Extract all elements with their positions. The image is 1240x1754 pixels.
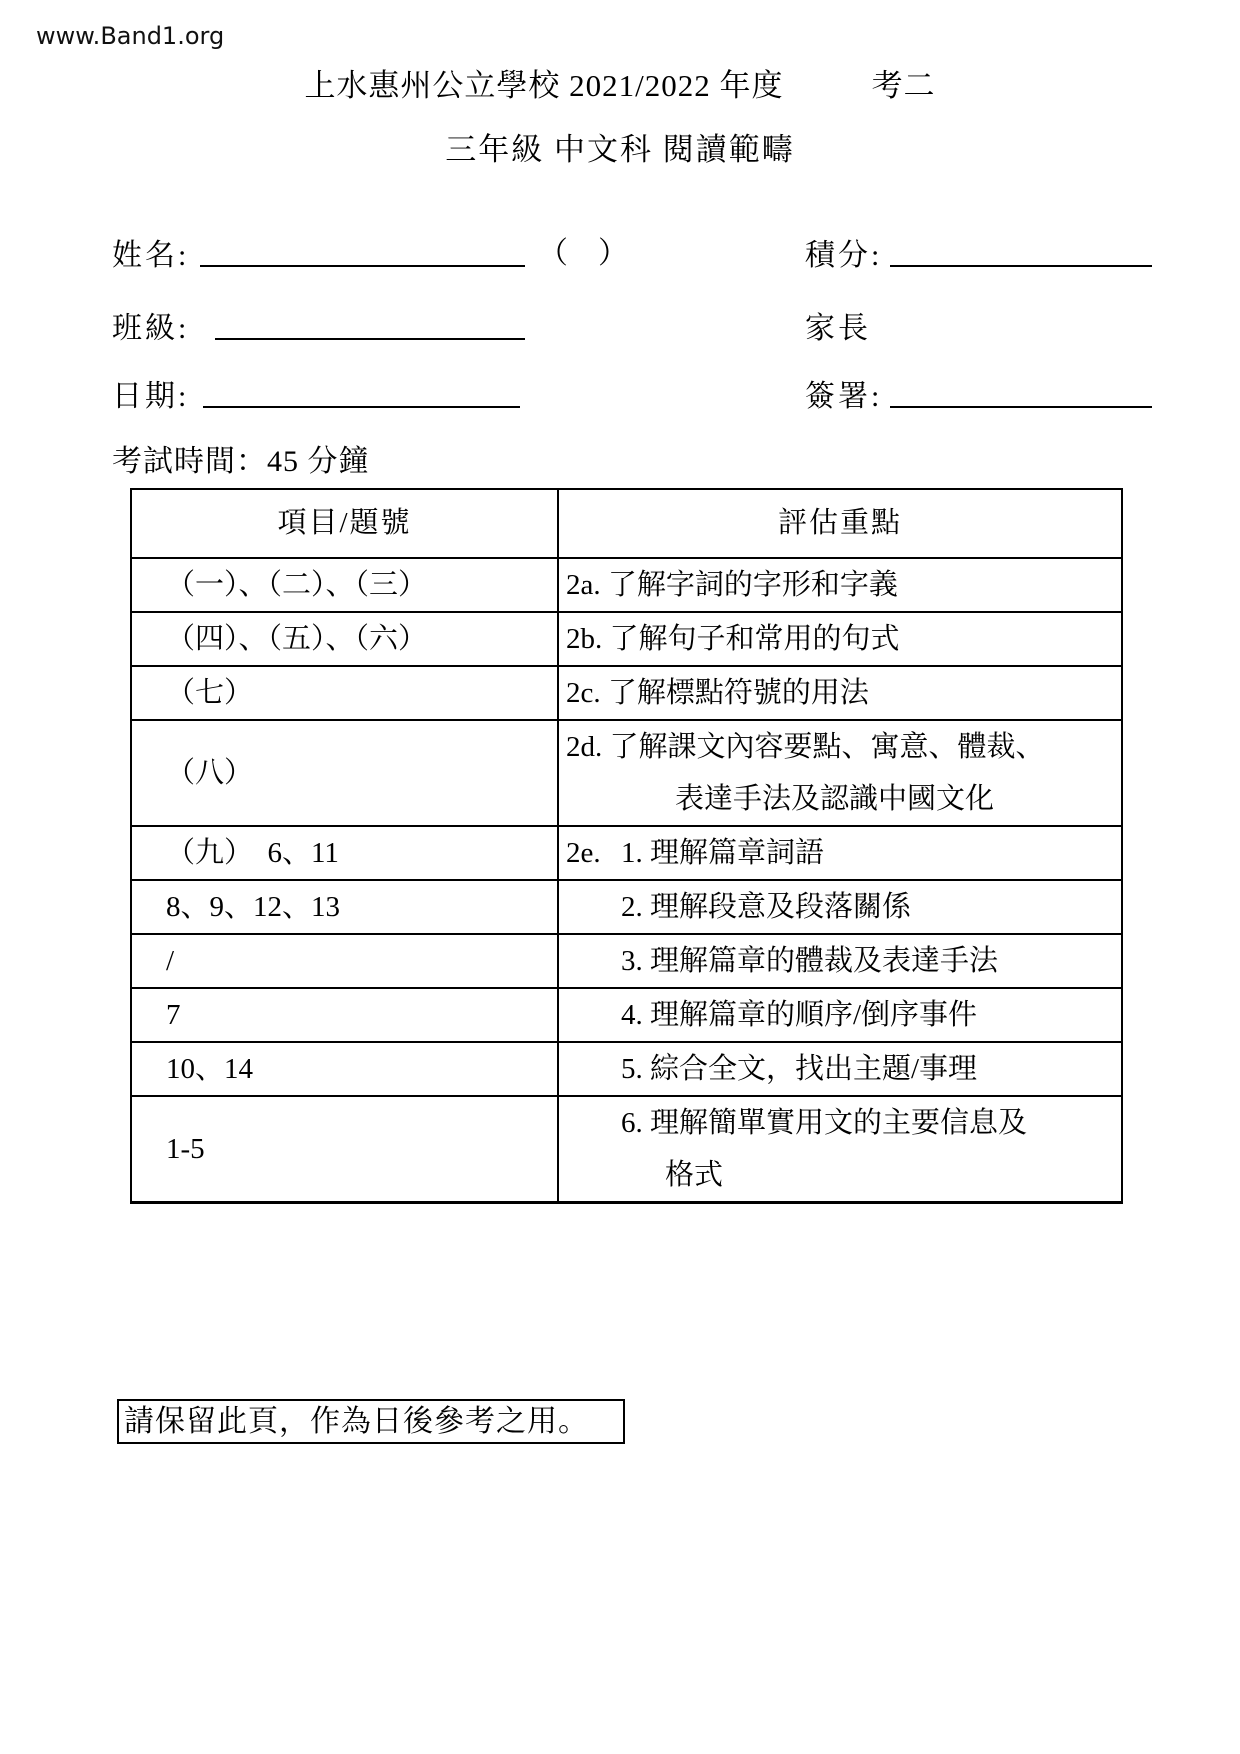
school-year-title: 上水惠州公立學校 2021/2022 年度	[304, 60, 783, 105]
focus-line-1: 4. 理解篇章的順序/倒序事件	[566, 989, 1121, 1041]
date-blank-line	[203, 406, 520, 408]
watermark: www.Band1.org	[36, 22, 224, 50]
item-cell: （一）、（二）、（三）	[132, 559, 559, 611]
table-row: （一）、（二）、（三） 2a. 了解字詞的字形和字義	[132, 557, 1121, 611]
item-cell: 10、14	[132, 1043, 559, 1095]
focus-line-1: 1. 理解篇章詞語	[566, 827, 1121, 879]
focus-cell: 6. 理解簡單實用文的主要信息及 格式	[559, 1097, 1121, 1201]
score-label: 積分:	[805, 230, 882, 274]
focus-cell: 5. 綜合全文，找出主題/事理	[559, 1043, 1121, 1095]
item-cell: 8、9、12、13	[132, 881, 559, 933]
table-row: （四）、（五）、（六） 2b. 了解句子和常用的句式	[132, 611, 1121, 665]
item-cell: （四）、（五）、（六）	[132, 613, 559, 665]
focus-line-1: 2. 理解段意及段落關係	[566, 881, 1121, 933]
parent-label: 家長	[805, 303, 871, 347]
date-label: 日期:	[112, 371, 189, 415]
name-label: 姓名:	[112, 230, 189, 274]
document-page: www.Band1.org 上水惠州公立學校 2021/2022 年度 考二 三…	[0, 0, 1240, 1754]
footer-note-text: 請保留此頁，作為日後參考之用。	[124, 1405, 589, 1438]
document-title-line1: 上水惠州公立學校 2021/2022 年度 考二	[0, 60, 1240, 105]
focus-line-1: 5. 綜合全文，找出主題/事理	[566, 1043, 1121, 1095]
item-cell: （七）	[132, 667, 559, 719]
focus-cell: 2. 理解段意及段落關係	[559, 881, 1121, 933]
table-row: 7 4. 理解篇章的順序/倒序事件	[132, 987, 1121, 1041]
name-blank-line	[200, 265, 525, 267]
signature-label: 簽署:	[805, 371, 882, 415]
focus-line-2: 表達手法及認識中國文化	[566, 773, 1121, 825]
focus-cell: 3. 理解篇章的體裁及表達手法	[559, 935, 1121, 987]
focus-line-1: 2d. 了解課文內容要點、寓意、體裁、	[566, 721, 1121, 773]
focus-line-1: 6. 理解簡單實用文的主要信息及	[566, 1097, 1121, 1149]
focus-cell: 2e. 1. 理解篇章詞語	[559, 827, 1121, 879]
table-row: 10、14 5. 綜合全文，找出主題/事理	[132, 1041, 1121, 1095]
focus-line-2: 格式	[566, 1149, 1121, 1201]
footer-note-box: 請保留此頁，作為日後參考之用。	[117, 1399, 625, 1444]
exam-duration: 考試時間：45 分鐘	[112, 436, 370, 480]
table-row: / 3. 理解篇章的體裁及表達手法	[132, 933, 1121, 987]
score-blank-line	[890, 265, 1152, 267]
focus-code-prefix: 2e.	[566, 827, 601, 879]
signature-blank-line	[890, 406, 1152, 408]
focus-cell: 4. 理解篇章的順序/倒序事件	[559, 989, 1121, 1041]
item-cell: （八）	[132, 721, 559, 825]
subject-title: 三年級 中文科 閱讀範疇	[0, 124, 1240, 169]
focus-cell: 2a. 了解字詞的字形和字義	[559, 559, 1121, 611]
table-row: 1-5 6. 理解簡單實用文的主要信息及 格式	[132, 1095, 1121, 1201]
column-header-focus: 評估重點	[559, 490, 1121, 557]
exam-number-label: 考二	[872, 60, 936, 105]
item-cell: （九） 6、11	[132, 827, 559, 879]
item-cell: /	[132, 935, 559, 987]
focus-cell: 2b. 了解句子和常用的句式	[559, 613, 1121, 665]
table-row: （七） 2c. 了解標點符號的用法	[132, 665, 1121, 719]
column-header-item: 項目/題號	[132, 490, 559, 557]
assessment-table: 項目/題號 評估重點 （一）、（二）、（三） 2a. 了解字詞的字形和字義 （四…	[130, 488, 1123, 1204]
item-cell: 1-5	[132, 1097, 559, 1201]
class-blank-line	[215, 338, 525, 340]
focus-cell: 2d. 了解課文內容要點、寓意、體裁、 表達手法及認識中國文化	[559, 721, 1121, 825]
focus-line-1: 3. 理解篇章的體裁及表達手法	[566, 935, 1121, 987]
table-row: （九） 6、11 2e. 1. 理解篇章詞語	[132, 825, 1121, 879]
class-label: 班級:	[112, 303, 189, 347]
item-cell: 7	[132, 989, 559, 1041]
table-row: （八） 2d. 了解課文內容要點、寓意、體裁、 表達手法及認識中國文化	[132, 719, 1121, 825]
table-row: 8、9、12、13 2. 理解段意及段落關係	[132, 879, 1121, 933]
table-header-row: 項目/題號 評估重點	[132, 490, 1121, 557]
focus-cell: 2c. 了解標點符號的用法	[559, 667, 1121, 719]
name-paren-blank: （ ）	[538, 228, 628, 272]
